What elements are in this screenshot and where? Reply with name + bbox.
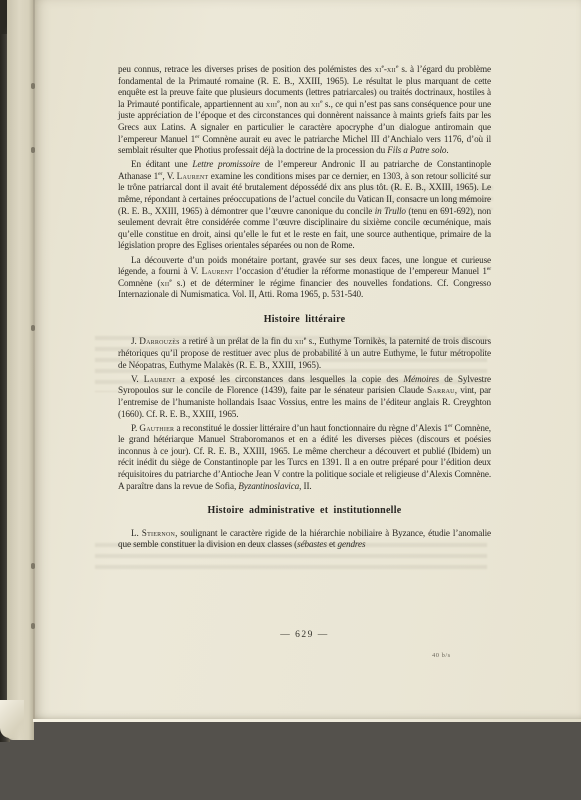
- binding-crease: [33, 0, 35, 722]
- paragraph-lettre-promissoire: En éditant une Lettre promissoire de l’e…: [118, 159, 491, 252]
- paragraph-syropoulos: V. Laurent a exposé les circonstances da…: [118, 374, 491, 420]
- paragraph-stiernon: L. Stiernon, soulignant le caractère rig…: [118, 528, 491, 551]
- page-bottom-edge: [33, 719, 581, 722]
- binding-stitch: [31, 83, 35, 89]
- signature-mark: 40 b/s: [432, 652, 451, 659]
- paragraph-gauthier: P. Gauthier a reconstitué le dossier lit…: [118, 423, 491, 493]
- binding-stitch: [31, 623, 35, 629]
- paragraph-darrouzes: J. Darrouzès a retiré à un prélat de la …: [118, 336, 491, 371]
- page-bottom-corner: [0, 700, 24, 738]
- binding-stitch: [31, 563, 35, 569]
- book-page: peu connus, retrace les diverses prises …: [33, 0, 581, 722]
- page-number: — 629 —: [118, 630, 491, 640]
- paragraph-poids-monetaire: La découverte d’un poids monétaire porta…: [118, 255, 491, 301]
- heading-histoire-administrative: Histoire administrative et institutionne…: [118, 505, 491, 517]
- book-page-edges-strip: [7, 0, 34, 740]
- page-text-column: peu connus, retrace les diverses prises …: [118, 64, 491, 553]
- heading-histoire-litteraire: Histoire littéraire: [118, 314, 491, 326]
- paragraph-primaute-romaine: peu connus, retrace les diverses prises …: [118, 64, 491, 157]
- binding-stitch: [31, 325, 35, 331]
- binding-stitch: [31, 147, 35, 153]
